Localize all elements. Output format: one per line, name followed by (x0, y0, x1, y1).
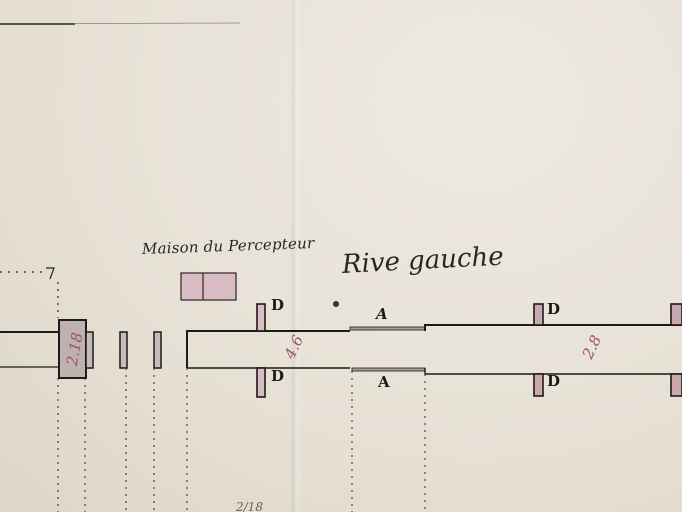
channel-main (187, 325, 682, 374)
channel-left (0, 332, 59, 367)
pier-small-2 (154, 332, 161, 368)
pier-d-bottom-3 (671, 374, 682, 396)
dotted-guides (58, 368, 425, 512)
pier-d-top-2 (534, 304, 543, 325)
marker-d-bottom-2: D (547, 372, 560, 390)
pier-d-bottom-2 (534, 374, 543, 396)
marker-d-top-1: D (271, 296, 284, 314)
pier-small-1 (120, 332, 127, 368)
building-maison-du-percepteur (181, 273, 236, 300)
pier-d-top-1 (257, 304, 265, 331)
marker-a-top: A (376, 305, 388, 323)
pier-d-top-3 (671, 304, 682, 325)
marker-d-top-2: D (547, 300, 560, 318)
marker-a-bottom: A (378, 373, 390, 391)
pier-d-bottom-1 (257, 368, 265, 397)
marker-d-bottom-1: D (271, 367, 284, 385)
partial-text-bottom: 2/18 (236, 500, 263, 512)
